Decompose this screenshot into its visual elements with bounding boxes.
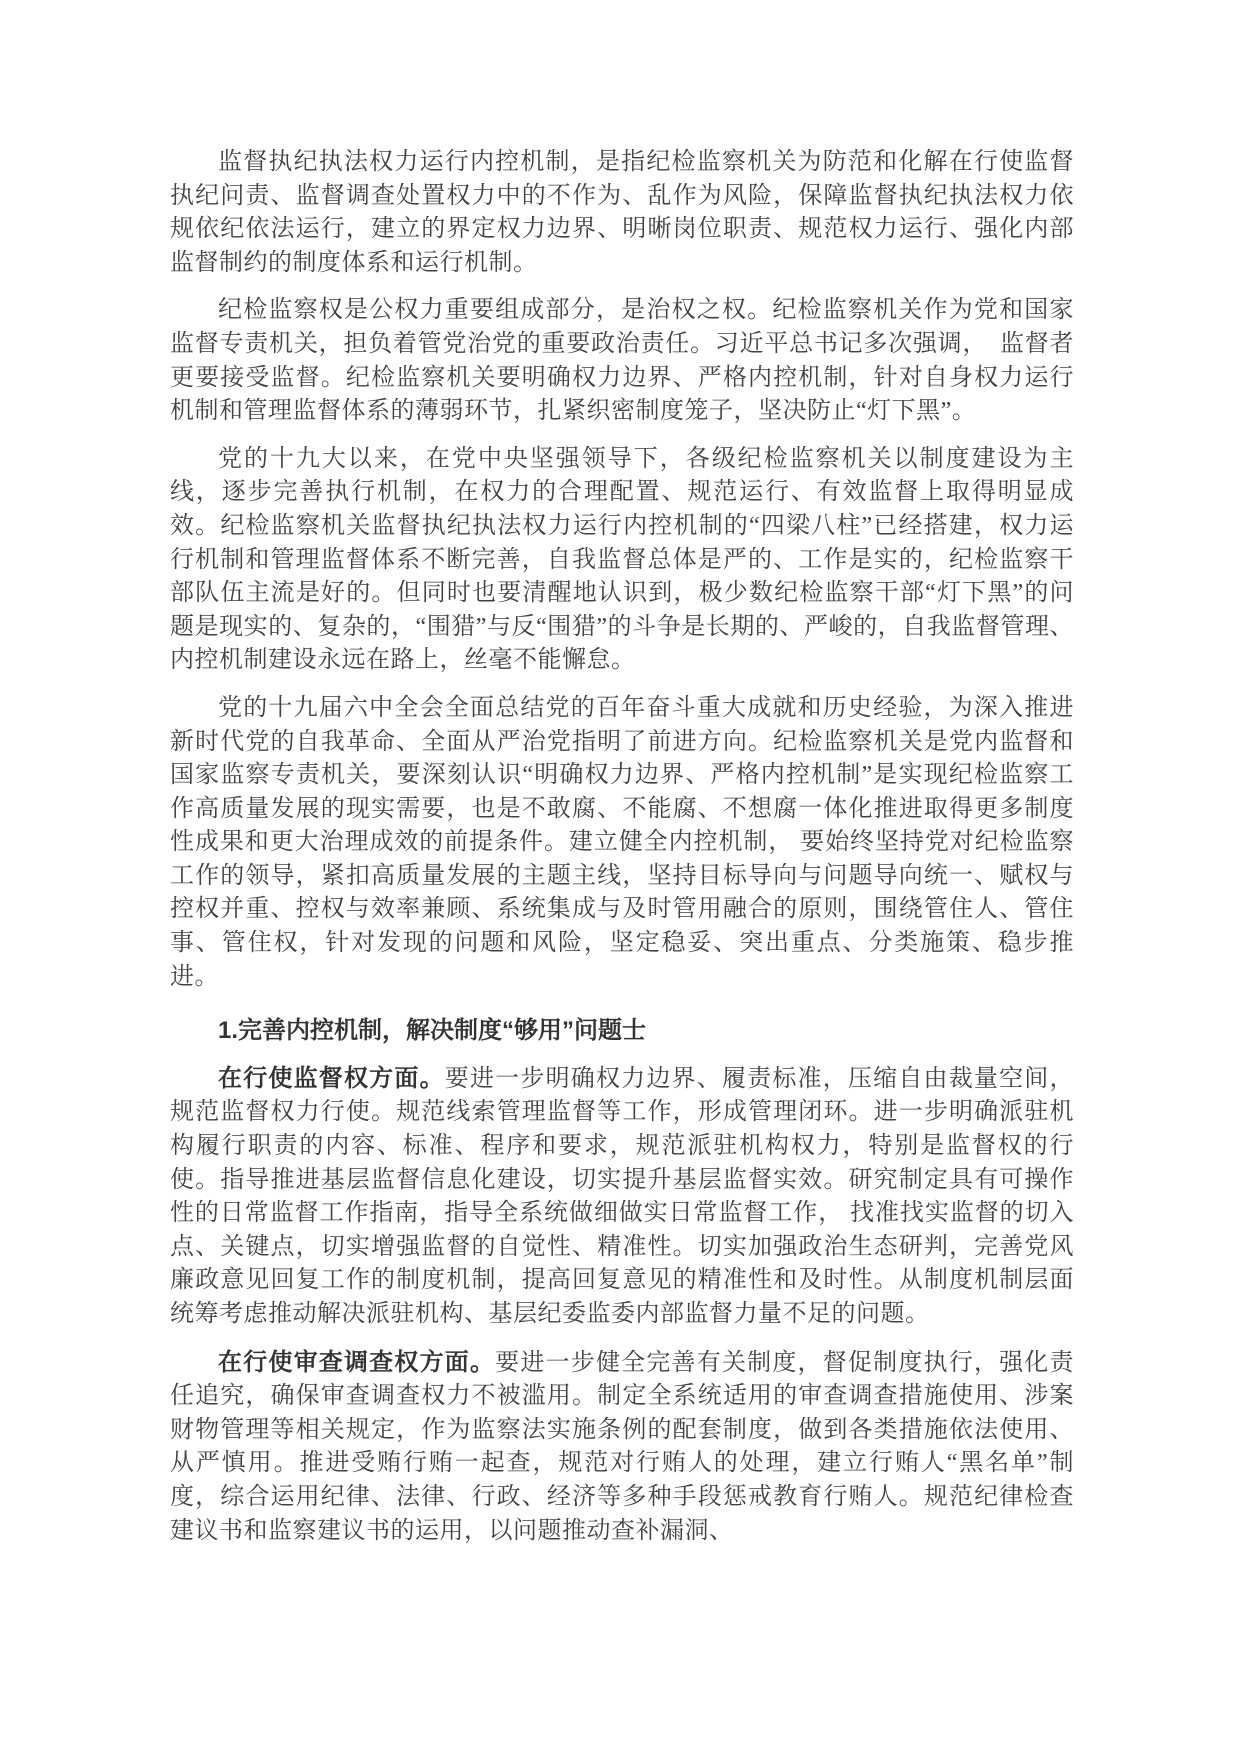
paragraph: 在行使监督权方面。要进一步明确权力边界、履责标准，压缩自由裁量空间，规范监督权力… (170, 1062, 1074, 1332)
paragraph-lead: 在行使监督权方面。 (218, 1065, 445, 1092)
section-heading: 1.完善内控机制，解决制度“够用”问题士 (170, 1014, 1074, 1048)
paragraph: 党的十九届六中全会全面总结党的百年奋斗重大成就和历史经验，为深入推进新时代党的自… (170, 692, 1074, 994)
paragraph-text: 要进一步明确权力边界、履责标准，压缩自由裁量空间，规范监督权力行使。规范线索管理… (170, 1066, 1074, 1327)
paragraph: 监督执纪执法权力运行内控机制，是指纪检监察机关为防范和化解在行使监督执纪问责、监… (170, 146, 1074, 280)
paragraph: 在行使审查调查权方面。要进一步健全完善有关制度，督促制度执行，强化责任追究，确保… (170, 1346, 1074, 1549)
paragraph: 纪检监察权是公权力重要组成部分，是治权之权。纪检监察机关作为党和国家监督专责机关… (170, 294, 1074, 428)
document-page: 监督执纪执法权力运行内控机制，是指纪检监察机关为防范和化解在行使监督执纪问责、监… (0, 0, 1240, 1754)
paragraph-lead: 在行使审查调查权方面。 (218, 1349, 495, 1376)
paragraph: 党的十九大以来，在党中央坚强领导下，各级纪检监察机关以制度建设为主线，逐步完善执… (170, 443, 1074, 678)
document-content: 监督执纪执法权力运行内控机制，是指纪检监察机关为防范和化解在行使监督执纪问责、监… (170, 146, 1074, 1548)
paragraph-text: 要进一步健全完善有关制度，督促制度执行，强化责任追究，确保审查调查权力不被滥用。… (170, 1350, 1074, 1544)
